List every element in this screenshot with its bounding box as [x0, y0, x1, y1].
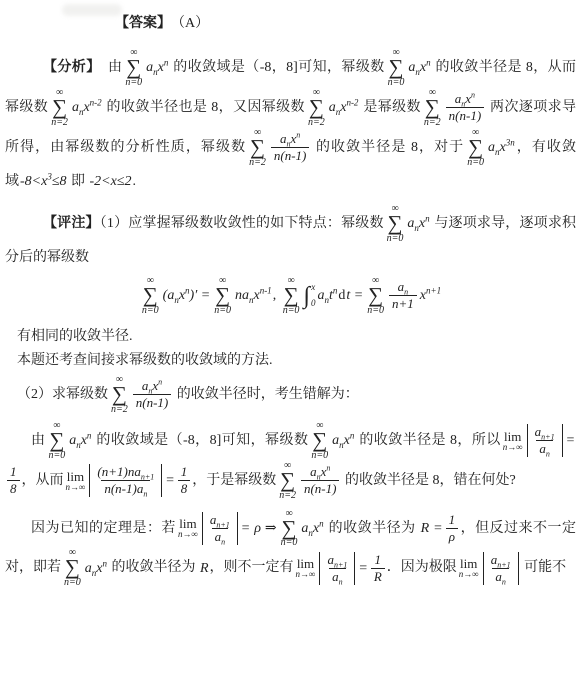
- math-run: anxn: [85, 561, 107, 576]
- math-run: anxn-2: [72, 100, 102, 115]
- math-run: -2<x≤2: [90, 174, 132, 189]
- fraction: anxnn(n-1): [301, 464, 340, 498]
- text-run: 有相同的收敛半径.: [17, 329, 133, 344]
- remark-paragraph: 【评注】（1）应掌握幂级数收敛性的如下特点：幂级数∞∑n=0anxn 与逐项求导…: [5, 204, 576, 272]
- sum-operator: ∞∑n=0: [387, 204, 404, 244]
- sum-operator: ∞∑n=0: [467, 128, 484, 168]
- limit-operator: limn→∞: [296, 557, 316, 579]
- text-run: 的收敛半径是 8，对于: [311, 140, 464, 155]
- math-run: anxn: [69, 433, 91, 448]
- math-run: =: [165, 473, 174, 488]
- text-run: ,: [273, 288, 280, 303]
- same-radius-line: 有相同的收敛半径.: [17, 326, 576, 347]
- math-run: anxn: [301, 521, 323, 536]
- text-run: ，于是幂级数: [192, 473, 276, 488]
- text-run: ．因为极限: [387, 561, 457, 576]
- text-run: .: [133, 174, 137, 189]
- section-label: 【分析】: [43, 58, 94, 74]
- sum-operator: ∞∑n=2: [111, 375, 128, 415]
- math-run: =: [358, 561, 367, 576]
- math-run: -8<x3≤8: [20, 174, 67, 189]
- section-label: 【评注】: [43, 214, 100, 230]
- math-run: anxn-2: [329, 100, 359, 115]
- math-run: anx3n: [488, 140, 515, 155]
- text-run: d: [338, 288, 345, 303]
- text-run: 的收敛域是（-8，8]可知，幂级数: [92, 433, 308, 448]
- absolute-value: an+1an: [319, 552, 355, 586]
- fraction: 1R: [371, 552, 385, 586]
- text-run: 的收敛域是（-8，8]可知，幂级数: [169, 60, 384, 75]
- math-run: anxn: [407, 216, 429, 231]
- text-run: 因为已知的定理是：若: [31, 521, 176, 536]
- fraction: an+1an: [207, 512, 233, 546]
- sum-operator: ∞∑n=0: [388, 48, 405, 88]
- fraction: an+1an: [488, 552, 514, 586]
- math-run: (anxn)′ =: [163, 288, 211, 303]
- text-run: （1）应掌握幂级数收敛性的如下特点：幂级数: [100, 216, 384, 231]
- text-run: 的收敛半径也是 8，又因幂级数: [103, 100, 305, 115]
- math-run: anxn: [146, 60, 168, 75]
- theorem-paragraph: 因为已知的定理是：若limn→∞an+1an= ρ ⇒∞∑n=0anxn 的收敛…: [5, 509, 576, 589]
- sum-operator: ∞∑n=2: [249, 128, 266, 168]
- text-run: （A）: [164, 16, 209, 31]
- wrong-solution-paragraph: 由∞∑n=0anxn 的收敛域是（-8，8]可知，幂级数∞∑n=0anxn 的收…: [5, 421, 576, 501]
- absolute-value: (n+1)nan+1n(n-1)an: [89, 464, 162, 498]
- text-run: 是幂级数: [359, 100, 420, 115]
- text-run: （2）求幂级数: [17, 387, 108, 402]
- fraction: 18: [178, 464, 191, 498]
- sum-operator: ∞∑n=0: [64, 548, 81, 588]
- sum-operator: ∞∑n=0: [281, 509, 298, 549]
- sum-operator: ∞∑n=0: [142, 276, 159, 316]
- fraction: 18: [7, 464, 20, 498]
- fraction: 1ρ: [446, 512, 459, 546]
- text-run: 可能不: [521, 561, 567, 576]
- text-run: 本题还考查间接求幂级数的收敛域的方法.: [17, 353, 273, 368]
- text-run: 的收敛半径为: [325, 521, 420, 536]
- absolute-value: an+1an: [202, 512, 238, 546]
- sum-operator: ∞∑n=2: [51, 88, 68, 128]
- integral-operator: ∫x0: [303, 281, 315, 310]
- analysis-paragraph: 【分析】 由∞∑n=0anxn 的收敛域是（-8，8]可知，幂级数∞∑n=0an…: [5, 48, 576, 196]
- math-run: nanxn-1: [235, 288, 272, 303]
- math-run: =: [566, 433, 575, 448]
- math-run: t =: [346, 288, 363, 303]
- sum-operator: ∞∑n=0: [311, 421, 328, 461]
- math-solution-document: 【答案】 （A）【分析】 由∞∑n=0anxn 的收敛域是（-8，8]可知，幂级…: [0, 0, 582, 588]
- text-run: 的收敛半径是 8，错在何处?: [341, 473, 515, 488]
- text-run: ，则不一定有: [210, 561, 294, 576]
- fraction: anxnn(n-1): [446, 91, 485, 125]
- sum-operator: ∞∑n=0: [214, 276, 231, 316]
- text-run: ，从而: [22, 473, 64, 488]
- sum-operator: ∞∑n=2: [279, 461, 296, 501]
- limit-operator: limn→∞: [503, 430, 523, 452]
- text-run: 即: [68, 174, 89, 189]
- question2-line: （2）求幂级数∞∑n=2anxnn(n-1) 的收敛半径时，考生错解为：: [17, 375, 576, 415]
- math-run: anxn: [332, 433, 354, 448]
- absolute-value: an+1an: [483, 552, 519, 586]
- sum-operator: ∞∑n=2: [308, 88, 325, 128]
- limit-operator: limn→∞: [459, 557, 479, 579]
- text-run: 的收敛半径是 8，所以: [355, 433, 500, 448]
- sum-operator: ∞∑n=0: [125, 48, 142, 88]
- text-run: 的收敛半径时，考生错解为：: [173, 387, 359, 402]
- sum-operator: ∞∑n=2: [424, 88, 441, 128]
- math-run: R: [200, 561, 209, 576]
- text-run: 由: [31, 433, 45, 448]
- answer-line: 【答案】 （A）: [115, 12, 576, 34]
- math-run: xn+1: [420, 288, 441, 303]
- text-run: 由: [94, 60, 123, 75]
- sum-operator: ∞∑n=0: [367, 276, 384, 316]
- derivative-integral-formula: ∞∑n=0(anxn)′ =∞∑n=0nanxn-1, ∞∑n=0∫x0antn…: [5, 276, 576, 316]
- sum-operator: ∞∑n=0: [48, 421, 65, 461]
- exam-method-line: 本题还考查间接求幂级数的收敛域的方法.: [17, 350, 576, 371]
- section-label: 【答案】: [115, 14, 164, 30]
- scan-artifact: [62, 4, 122, 16]
- sum-operator: ∞∑n=0: [283, 276, 300, 316]
- fraction: anxnn(n-1): [133, 378, 172, 412]
- fraction: (n+1)nan+1n(n-1)an: [94, 464, 157, 498]
- math-run: = ρ ⇒: [241, 521, 277, 536]
- math-run: antn: [318, 288, 338, 303]
- text-run: 的收敛半径为: [108, 561, 199, 576]
- math-run: R =: [421, 521, 443, 536]
- math-run: anxn: [408, 60, 430, 75]
- fraction: ann+1: [389, 279, 417, 313]
- limit-operator: limn→∞: [66, 470, 86, 492]
- absolute-value: an+1an: [527, 424, 563, 458]
- fraction: an+1an: [532, 424, 558, 458]
- limit-operator: limn→∞: [178, 517, 198, 539]
- fraction: anxnn(n-1): [271, 131, 310, 165]
- fraction: an+1an: [324, 552, 350, 586]
